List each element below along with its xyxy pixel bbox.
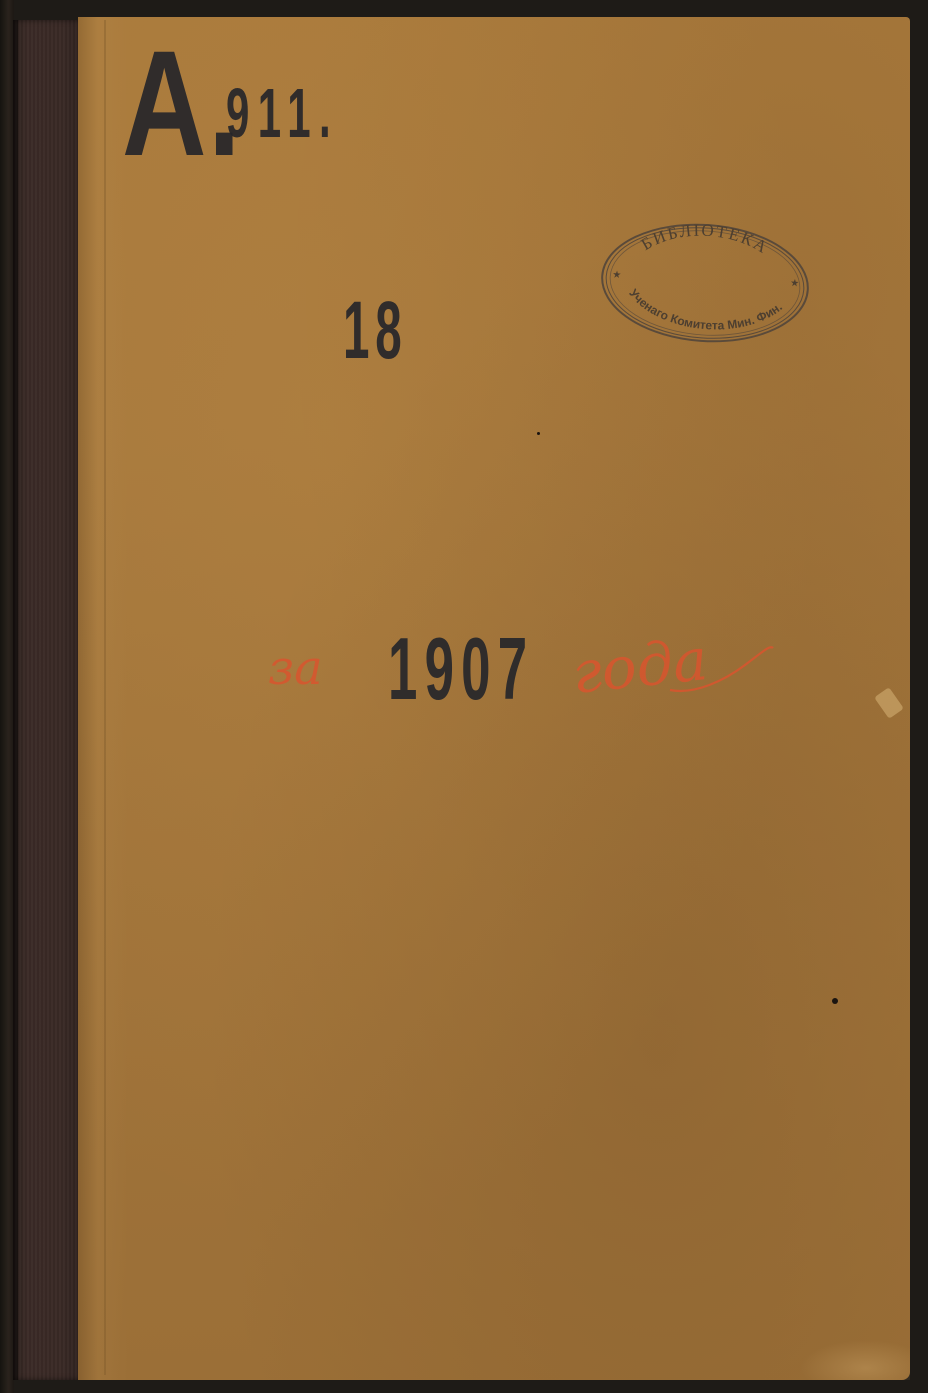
- ink-speck: [832, 998, 838, 1004]
- cover-hinge: [78, 17, 128, 1380]
- library-stamp-seal-icon: БИБЛІОТЕКА Ученаго Комитета Мин. Фин. ★ …: [598, 218, 812, 348]
- star-icon-right: ★: [790, 278, 800, 290]
- hinge-line: [104, 20, 106, 1375]
- star-icon-left: ★: [612, 270, 622, 282]
- stamp-top-text: БИБЛІОТЕКА: [637, 218, 774, 263]
- svg-text:БИБЛІОТЕКА: БИБЛІОТЕКА: [637, 218, 774, 263]
- year-number: 1907: [388, 625, 534, 713]
- spine-shadow: [13, 20, 18, 1380]
- shelfmark-number: 911.: [226, 78, 339, 148]
- handwritten-prefix: за: [268, 640, 323, 696]
- shelfmark-letter: A.: [122, 28, 242, 178]
- backing-edge: [0, 0, 14, 1393]
- cloth-spine: [13, 20, 83, 1380]
- corner-wear: [800, 1340, 910, 1380]
- volume-number: 18: [343, 290, 408, 372]
- library-stamp: БИБЛІОТЕКА Ученаго Комитета Мин. Фин. ★ …: [598, 218, 812, 348]
- ink-speck: [537, 432, 540, 435]
- handwriting-flourish-icon: [665, 640, 775, 700]
- document-scan: A. 911. БИБЛІОТЕКА Ученаго Комитета Мин.…: [0, 0, 928, 1393]
